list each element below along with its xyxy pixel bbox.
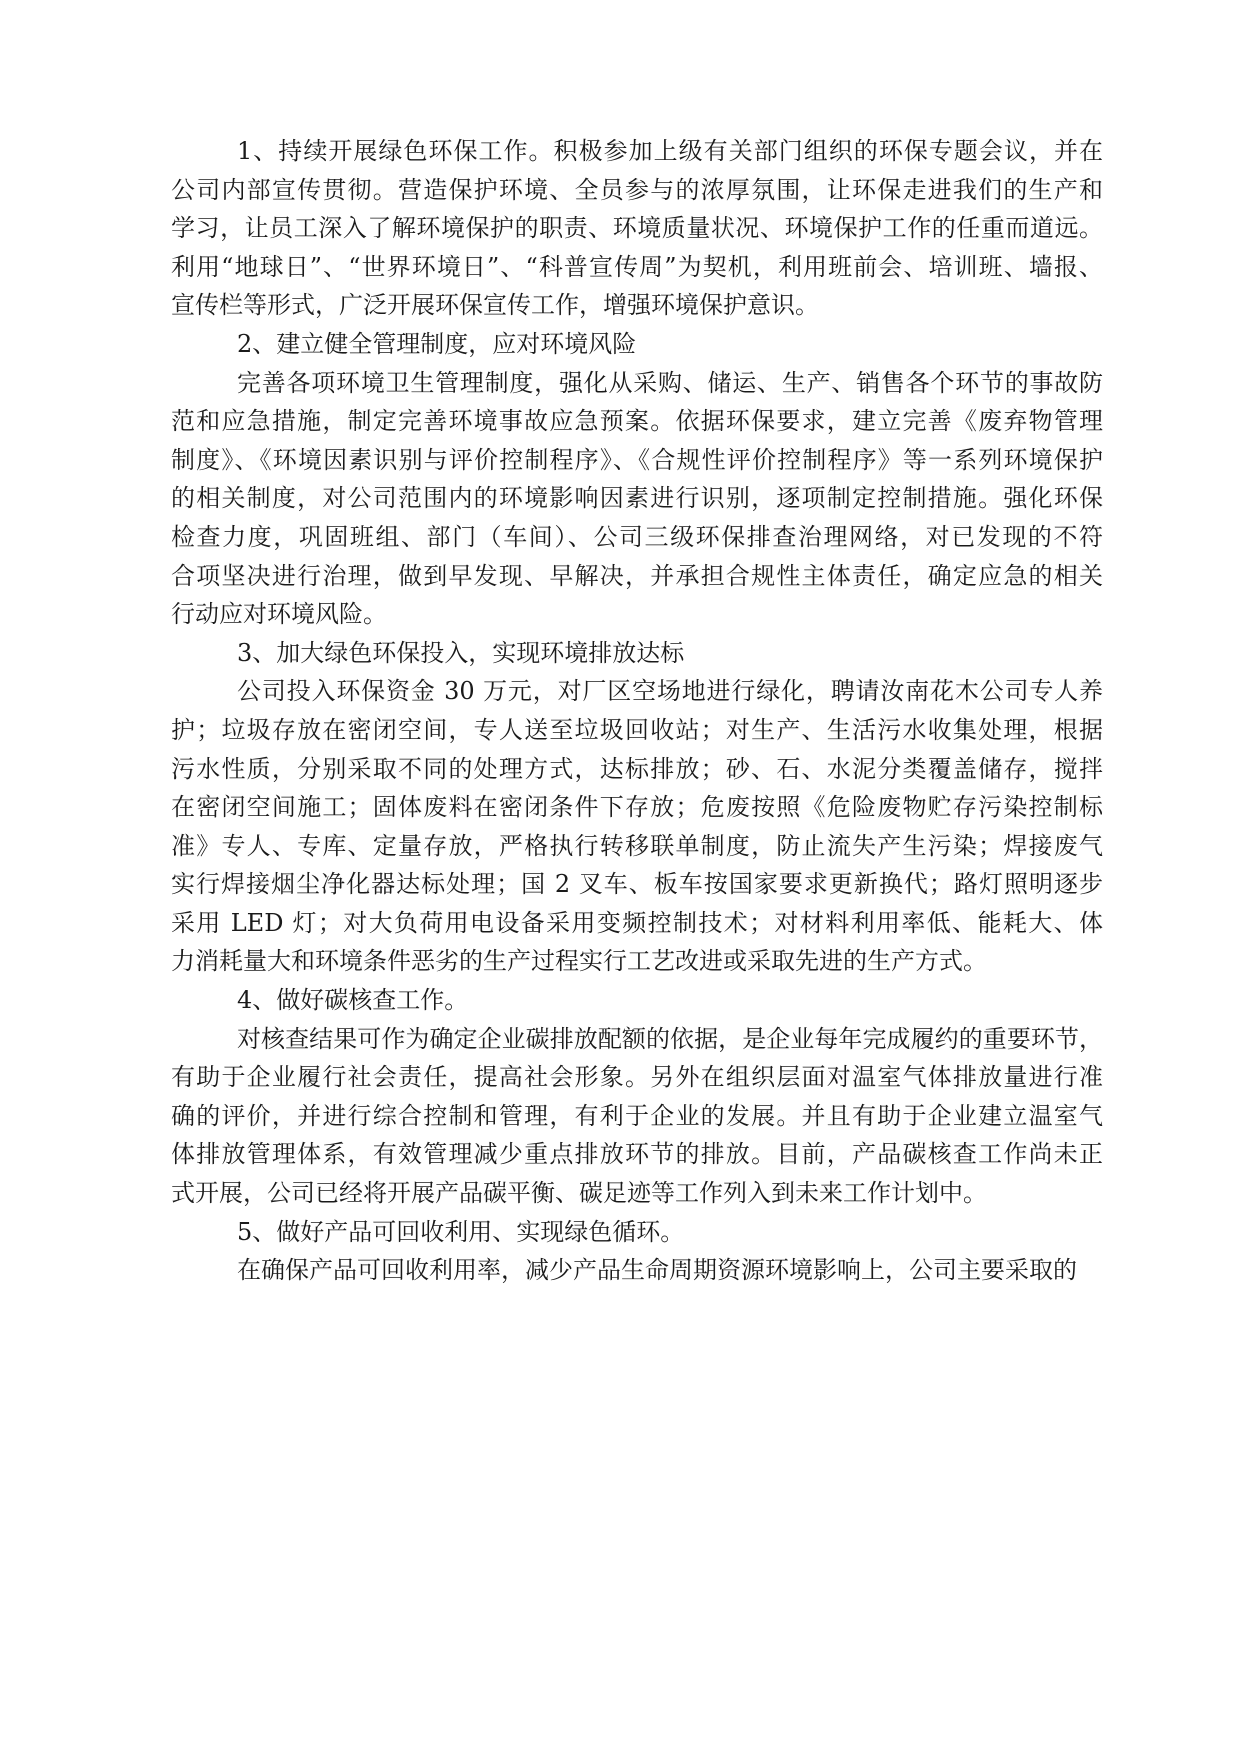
paragraph-management-system: 完善各项环境卫生管理制度，强化从采购、储运、生产、销售各个环节的事故防 范和应急… bbox=[171, 364, 1103, 634]
text-line: 利用“地球日”、“世界环境日”、“科普宣传周”为契机，利用班前会、培训班、墙报、 bbox=[171, 248, 1103, 287]
text-line: 行动应对环境风险。 bbox=[171, 595, 1103, 634]
text-line: 制度》、《环境因素识别与评价控制程序》、《合规性评价控制程序》等一系列环境保护 bbox=[171, 441, 1103, 480]
text-line: 式开展，公司已经将开展产品碳平衡、碳足迹等工作列入到未来工作计划中。 bbox=[171, 1174, 1103, 1213]
text-line: 准》专人、专库、定量存放，严格执行转移联单制度，防止流失产生污染；焊接废气 bbox=[171, 827, 1103, 866]
text-line: 公司投入环保资金 30 万元，对厂区空场地进行绿化，聘请汝南花木公司专人养 bbox=[171, 672, 1103, 711]
section-heading-recycling: 5、做好产品可回收利用、实现绿色循环。 bbox=[171, 1213, 1103, 1252]
text-line: 范和应急措施，制定完善环境事故应急预案。依据环保要求，建立完善《废弃物管理 bbox=[171, 402, 1103, 441]
text-line: 合项坚决进行治理，做到早发现、早解决，并承担合规性主体责任，确定应急的相关 bbox=[171, 557, 1103, 596]
text-line: 采用 LED 灯；对大负荷用电设备采用变频控制技术；对材料利用率低、能耗大、体 bbox=[171, 904, 1103, 943]
section-heading-environmental-investment: 3、加大绿色环保投入，实现环境排放达标 bbox=[171, 634, 1103, 673]
text-line: 污水性质，分别采取不同的处理方式，达标排放；砂、石、水泥分类覆盖储存，搅拌 bbox=[171, 750, 1103, 789]
document-page: 1、持续开展绿色环保工作。积极参加上级有关部门组织的环保专题会议，并在 公司内部… bbox=[0, 0, 1241, 1755]
paragraph-environmental-investment: 公司投入环保资金 30 万元，对厂区空场地进行绿化，聘请汝南花木公司专人养 护；… bbox=[171, 672, 1103, 981]
text-line: 完善各项环境卫生管理制度，强化从采购、储运、生产、销售各个环节的事故防 bbox=[171, 364, 1103, 403]
text-line: 实行焊接烟尘净化器达标处理；国 2 叉车、板车按国家要求更新换代；路灯照明逐步 bbox=[171, 865, 1103, 904]
text-line: 确的评价，并进行综合控制和管理，有利于企业的发展。并且有助于企业建立温室气 bbox=[171, 1097, 1103, 1136]
paragraph-carbon-verification: 对核查结果可作为确定企业碳排放配额的依据，是企业每年完成履约的重要环节， 有助于… bbox=[171, 1020, 1103, 1213]
text-line: 宣传栏等形式，广泛开展环保宣传工作，增强环境保护意识。 bbox=[171, 286, 1103, 325]
text-line: 在密闭空间施工；固体废料在密闭条件下存放；危废按照《危险废物贮存污染控制标 bbox=[171, 788, 1103, 827]
text-line: 的相关制度，对公司范围内的环境影响因素进行识别，逐项制定控制措施。强化环保 bbox=[171, 479, 1103, 518]
text-line: 1、持续开展绿色环保工作。积极参加上级有关部门组织的环保专题会议，并在 bbox=[171, 132, 1103, 171]
text-line: 体排放管理体系，有效管理减少重点排放环节的排放。目前，产品碳核查工作尚未正 bbox=[171, 1135, 1103, 1174]
text-line: 对核查结果可作为确定企业碳排放配额的依据，是企业每年完成履约的重要环节， bbox=[171, 1020, 1103, 1059]
text-line: 在确保产品可回收利用率，减少产品生命周期资源环境影响上，公司主要采取的 bbox=[171, 1251, 1103, 1290]
section-heading-carbon-verification: 4、做好碳核查工作。 bbox=[171, 981, 1103, 1020]
paragraph-green-environmental-work: 1、持续开展绿色环保工作。积极参加上级有关部门组织的环保专题会议，并在 公司内部… bbox=[171, 132, 1103, 325]
text-line: 学习，让员工深入了解环境保护的职责、环境质量状况、环境保护工作的任重而道远。 bbox=[171, 209, 1103, 248]
text-line: 力消耗量大和环境条件恶劣的生产过程实行工艺改进或采取先进的生产方式。 bbox=[171, 942, 1103, 981]
text-line: 护；垃圾存放在密闭空间，专人送至垃圾回收站；对生产、生活污水收集处理，根据 bbox=[171, 711, 1103, 750]
document-body: 1、持续开展绿色环保工作。积极参加上级有关部门组织的环保专题会议，并在 公司内部… bbox=[171, 132, 1103, 1290]
paragraph-recycling: 在确保产品可回收利用率，减少产品生命周期资源环境影响上，公司主要采取的 bbox=[171, 1251, 1103, 1290]
text-line: 检查力度，巩固班组、部门（车间）、公司三级环保排查治理网络，对已发现的不符 bbox=[171, 518, 1103, 557]
text-line: 有助于企业履行社会责任，提高社会形象。另外在组织层面对温室气体排放量进行准 bbox=[171, 1058, 1103, 1097]
text-line: 公司内部宣传贯彻。营造保护环境、全员参与的浓厚氛围，让环保走进我们的生产和 bbox=[171, 171, 1103, 210]
section-heading-management-system: 2、建立健全管理制度，应对环境风险 bbox=[171, 325, 1103, 364]
